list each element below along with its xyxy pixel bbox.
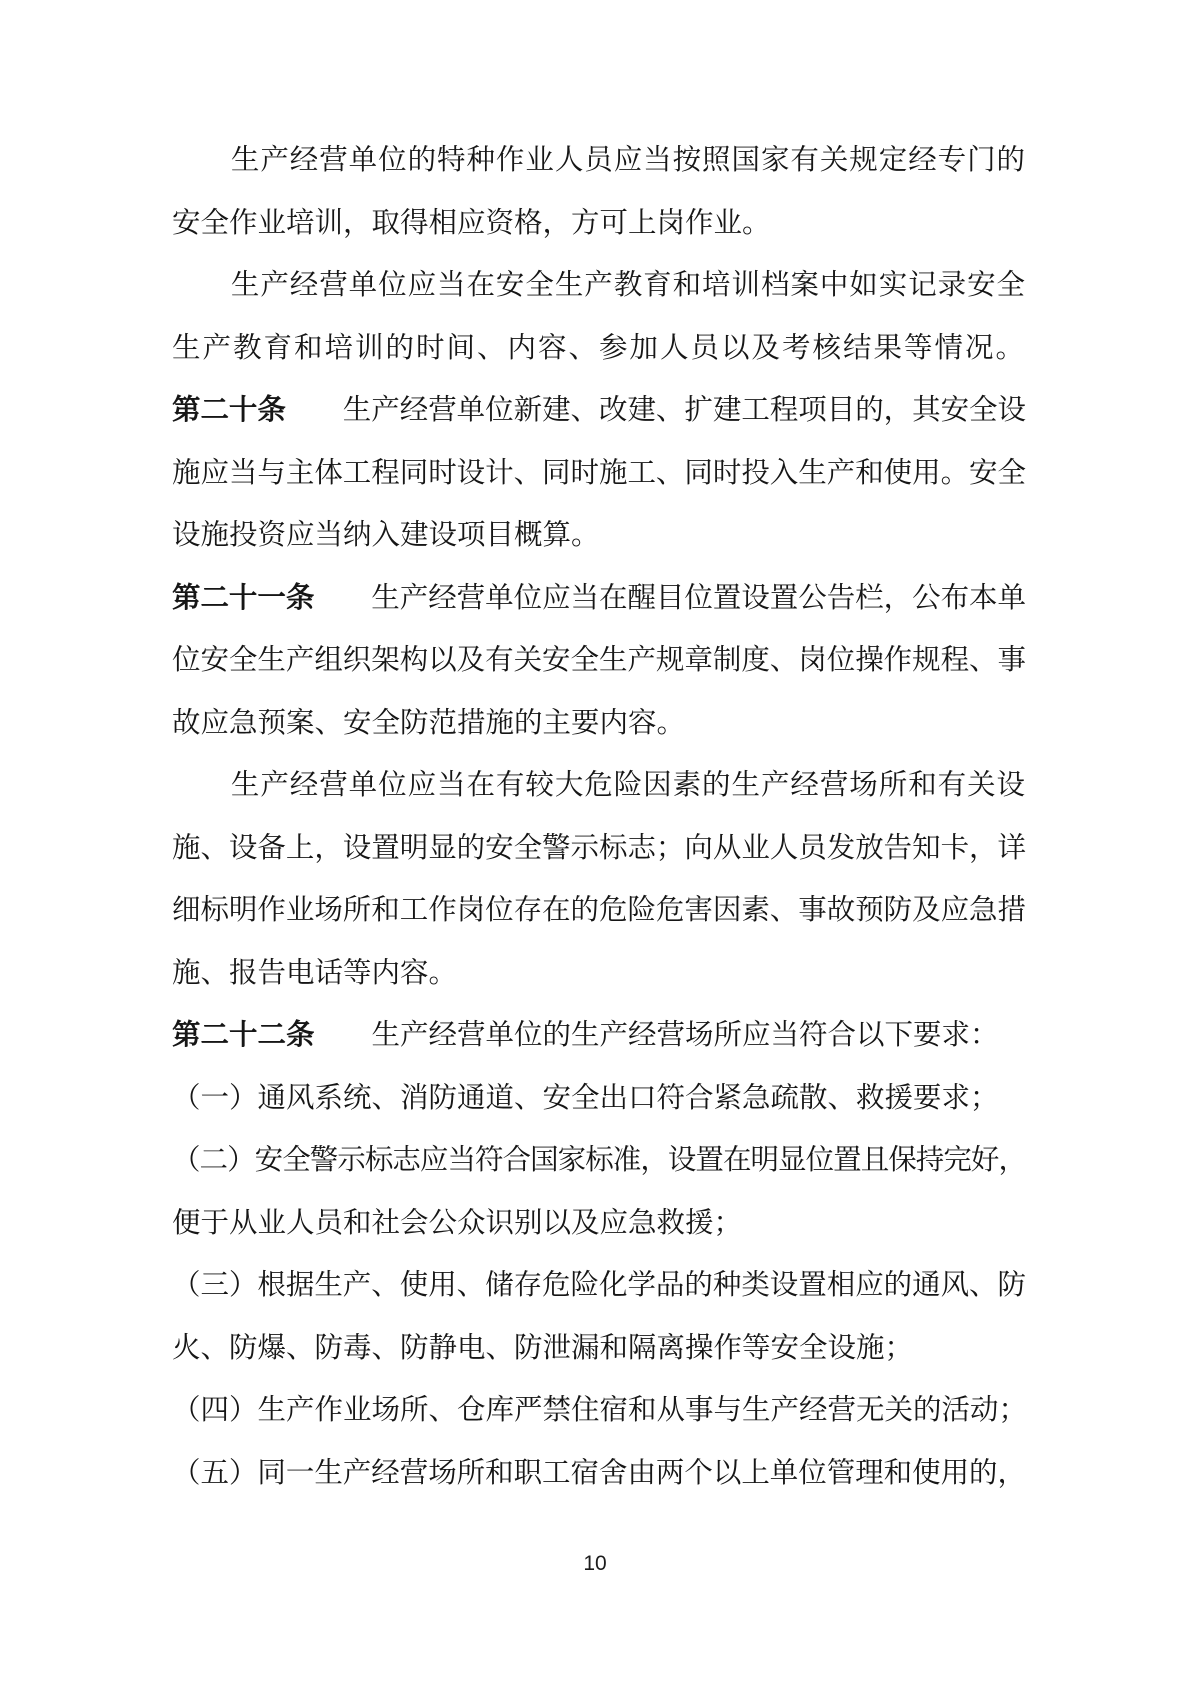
text-segment: 生产教育和培训的时间、内容、参加人员以及考核结果等情况。 [172,333,1026,364]
text-line-content: 第二十二条 生产经营单位的生产经营场所应当符合以下要求： [172,1020,999,1051]
text-line-content: 设施投资应当纳入建设项目概算。 [172,520,600,551]
text-line-content: 生产教育和培训的时间、内容、参加人员以及考核结果等情况。 [172,333,1026,364]
text-line: 生产经营单位应当在有较大危险因素的生产经营场所和有关设 [172,755,1026,818]
text-line-content: 细标明作业场所和工作岗位存在的危险危害因素、事故预防及应急措 [172,895,1026,926]
text-line: （二）安全警示标志应当符合国家标准，设置在明显位置且保持完好， [172,1130,1026,1193]
document-page: 生产经营单位的特种作业人员应当按照国家有关规定经专门的安全作业培训，取得相应资格… [0,0,1190,1683]
text-segment: 故应急预案、安全防范措施的主要内容。 [172,708,685,739]
text-line-content: （二）安全警示标志应当符合国家标准，设置在明显位置且保持完好， [172,1145,1026,1176]
text-line: 生产教育和培训的时间、内容、参加人员以及考核结果等情况。 [172,318,1026,381]
text-line: （一）通风系统、消防通道、安全出口符合紧急疏散、救援要求； [172,1068,1026,1131]
text-line-content: （一）通风系统、消防通道、安全出口符合紧急疏散、救援要求； [172,1083,999,1114]
text-line-content: 便于从业人员和社会公众识别以及应急救援； [172,1208,742,1239]
text-segment: 细标明作业场所和工作岗位存在的危险危害因素、事故预防及应急措 [172,895,1026,926]
text-line-content: （五）同一生产经营场所和职工宿舍由两个以上单位管理和使用的， [172,1458,1026,1489]
text-segment: 生产经营单位应当在醒目位置设置公告栏，公布本单 [314,583,1026,614]
text-segment: （五）同一生产经营场所和职工宿舍由两个以上单位管理和使用的， [172,1458,1026,1489]
text-line: 细标明作业场所和工作岗位存在的危险危害因素、事故预防及应急措 [172,880,1026,943]
text-segment: 生产经营单位应当在有较大危险因素的生产经营场所和有关设 [172,770,1026,801]
text-line: 施、设备上，设置明显的安全警示标志；向从业人员发放告知卡，详 [172,818,1026,881]
text-line-content: 生产经营单位应当在安全生产教育和培训档案中如实记录安全 [172,270,1026,301]
text-segment: 施、设备上，设置明显的安全警示标志；向从业人员发放告知卡，详 [172,833,1026,864]
text-line-content: 位安全生产组织架构以及有关安全生产规章制度、岗位操作规程、事 [172,645,1026,676]
text-line: 第二十一条 生产经营单位应当在醒目位置设置公告栏，公布本单 [172,568,1026,631]
document-content: 生产经营单位的特种作业人员应当按照国家有关规定经专门的安全作业培训，取得相应资格… [172,130,1026,1505]
text-line: 施应当与主体工程同时设计、同时施工、同时投入生产和使用。安全 [172,443,1026,506]
text-segment: 生产经营单位新建、改建、扩建工程项目的，其安全设 [286,395,1026,426]
text-line: 施、报告电话等内容。 [172,943,1026,1006]
text-segment: 生产经营单位的生产经营场所应当符合以下要求： [315,1020,999,1051]
article-number: 第二十二条 [172,1020,315,1051]
text-line: （三）根据生产、使用、储存危险化学品的种类设置相应的通风、防 [172,1255,1026,1318]
text-segment: 便于从业人员和社会公众识别以及应急救援； [172,1208,742,1239]
text-line: 生产经营单位应当在安全生产教育和培训档案中如实记录安全 [172,255,1026,318]
article-number: 第二十条 [172,395,286,426]
text-segment: （二）安全警示标志应当符合国家标准，设置在明显位置且保持完好， [172,1145,1026,1176]
text-line-content: （三）根据生产、使用、储存危险化学品的种类设置相应的通风、防 [172,1270,1026,1301]
page-number: 10 [0,1552,1190,1576]
text-line-content: 火、防爆、防毒、防静电、防泄漏和隔离操作等安全设施； [172,1333,913,1364]
text-segment: 施应当与主体工程同时设计、同时施工、同时投入生产和使用。安全 [172,458,1026,489]
text-line: 火、防爆、防毒、防静电、防泄漏和隔离操作等安全设施； [172,1318,1026,1381]
text-segment: （三）根据生产、使用、储存危险化学品的种类设置相应的通风、防 [172,1270,1026,1301]
text-segment: 施、报告电话等内容。 [172,958,457,989]
text-line: 生产经营单位的特种作业人员应当按照国家有关规定经专门的 [172,130,1026,193]
text-line-content: 施、报告电话等内容。 [172,958,457,989]
text-line-content: （四）生产作业场所、仓库严禁住宿和从事与生产经营无关的活动； [172,1395,1027,1426]
text-segment: （四）生产作业场所、仓库严禁住宿和从事与生产经营无关的活动； [172,1395,1027,1426]
text-line: （五）同一生产经营场所和职工宿舍由两个以上单位管理和使用的， [172,1443,1026,1506]
text-segment: 位安全生产组织架构以及有关安全生产规章制度、岗位操作规程、事 [172,645,1026,676]
text-line-content: 故应急预案、安全防范措施的主要内容。 [172,708,685,739]
text-segment: 火、防爆、防毒、防静电、防泄漏和隔离操作等安全设施； [172,1333,913,1364]
text-line: 第二十条 生产经营单位新建、改建、扩建工程项目的，其安全设 [172,380,1026,443]
text-line-content: 第二十条 生产经营单位新建、改建、扩建工程项目的，其安全设 [172,395,1026,426]
text-line: 故应急预案、安全防范措施的主要内容。 [172,693,1026,756]
text-line-content: 生产经营单位应当在有较大危险因素的生产经营场所和有关设 [172,770,1026,801]
text-segment: 生产经营单位应当在安全生产教育和培训档案中如实记录安全 [172,270,1026,301]
text-segment: 生产经营单位的特种作业人员应当按照国家有关规定经专门的 [172,145,1026,176]
text-line-content: 安全作业培训，取得相应资格，方可上岗作业。 [172,208,771,239]
text-line: 位安全生产组织架构以及有关安全生产规章制度、岗位操作规程、事 [172,630,1026,693]
text-line: 安全作业培训，取得相应资格，方可上岗作业。 [172,193,1026,256]
text-line: 第二十二条 生产经营单位的生产经营场所应当符合以下要求： [172,1005,1026,1068]
text-line-content: 施、设备上，设置明显的安全警示标志；向从业人员发放告知卡，详 [172,833,1026,864]
text-segment: 设施投资应当纳入建设项目概算。 [172,520,600,551]
text-segment: （一）通风系统、消防通道、安全出口符合紧急疏散、救援要求； [172,1083,999,1114]
article-number: 第二十一条 [172,583,314,614]
text-line-content: 施应当与主体工程同时设计、同时施工、同时投入生产和使用。安全 [172,458,1026,489]
text-line-content: 第二十一条 生产经营单位应当在醒目位置设置公告栏，公布本单 [172,583,1026,614]
text-line: 设施投资应当纳入建设项目概算。 [172,505,1026,568]
text-line-content: 生产经营单位的特种作业人员应当按照国家有关规定经专门的 [172,145,1026,176]
text-segment: 安全作业培训，取得相应资格，方可上岗作业。 [172,208,771,239]
text-line: （四）生产作业场所、仓库严禁住宿和从事与生产经营无关的活动； [172,1380,1026,1443]
text-line: 便于从业人员和社会公众识别以及应急救援； [172,1193,1026,1256]
